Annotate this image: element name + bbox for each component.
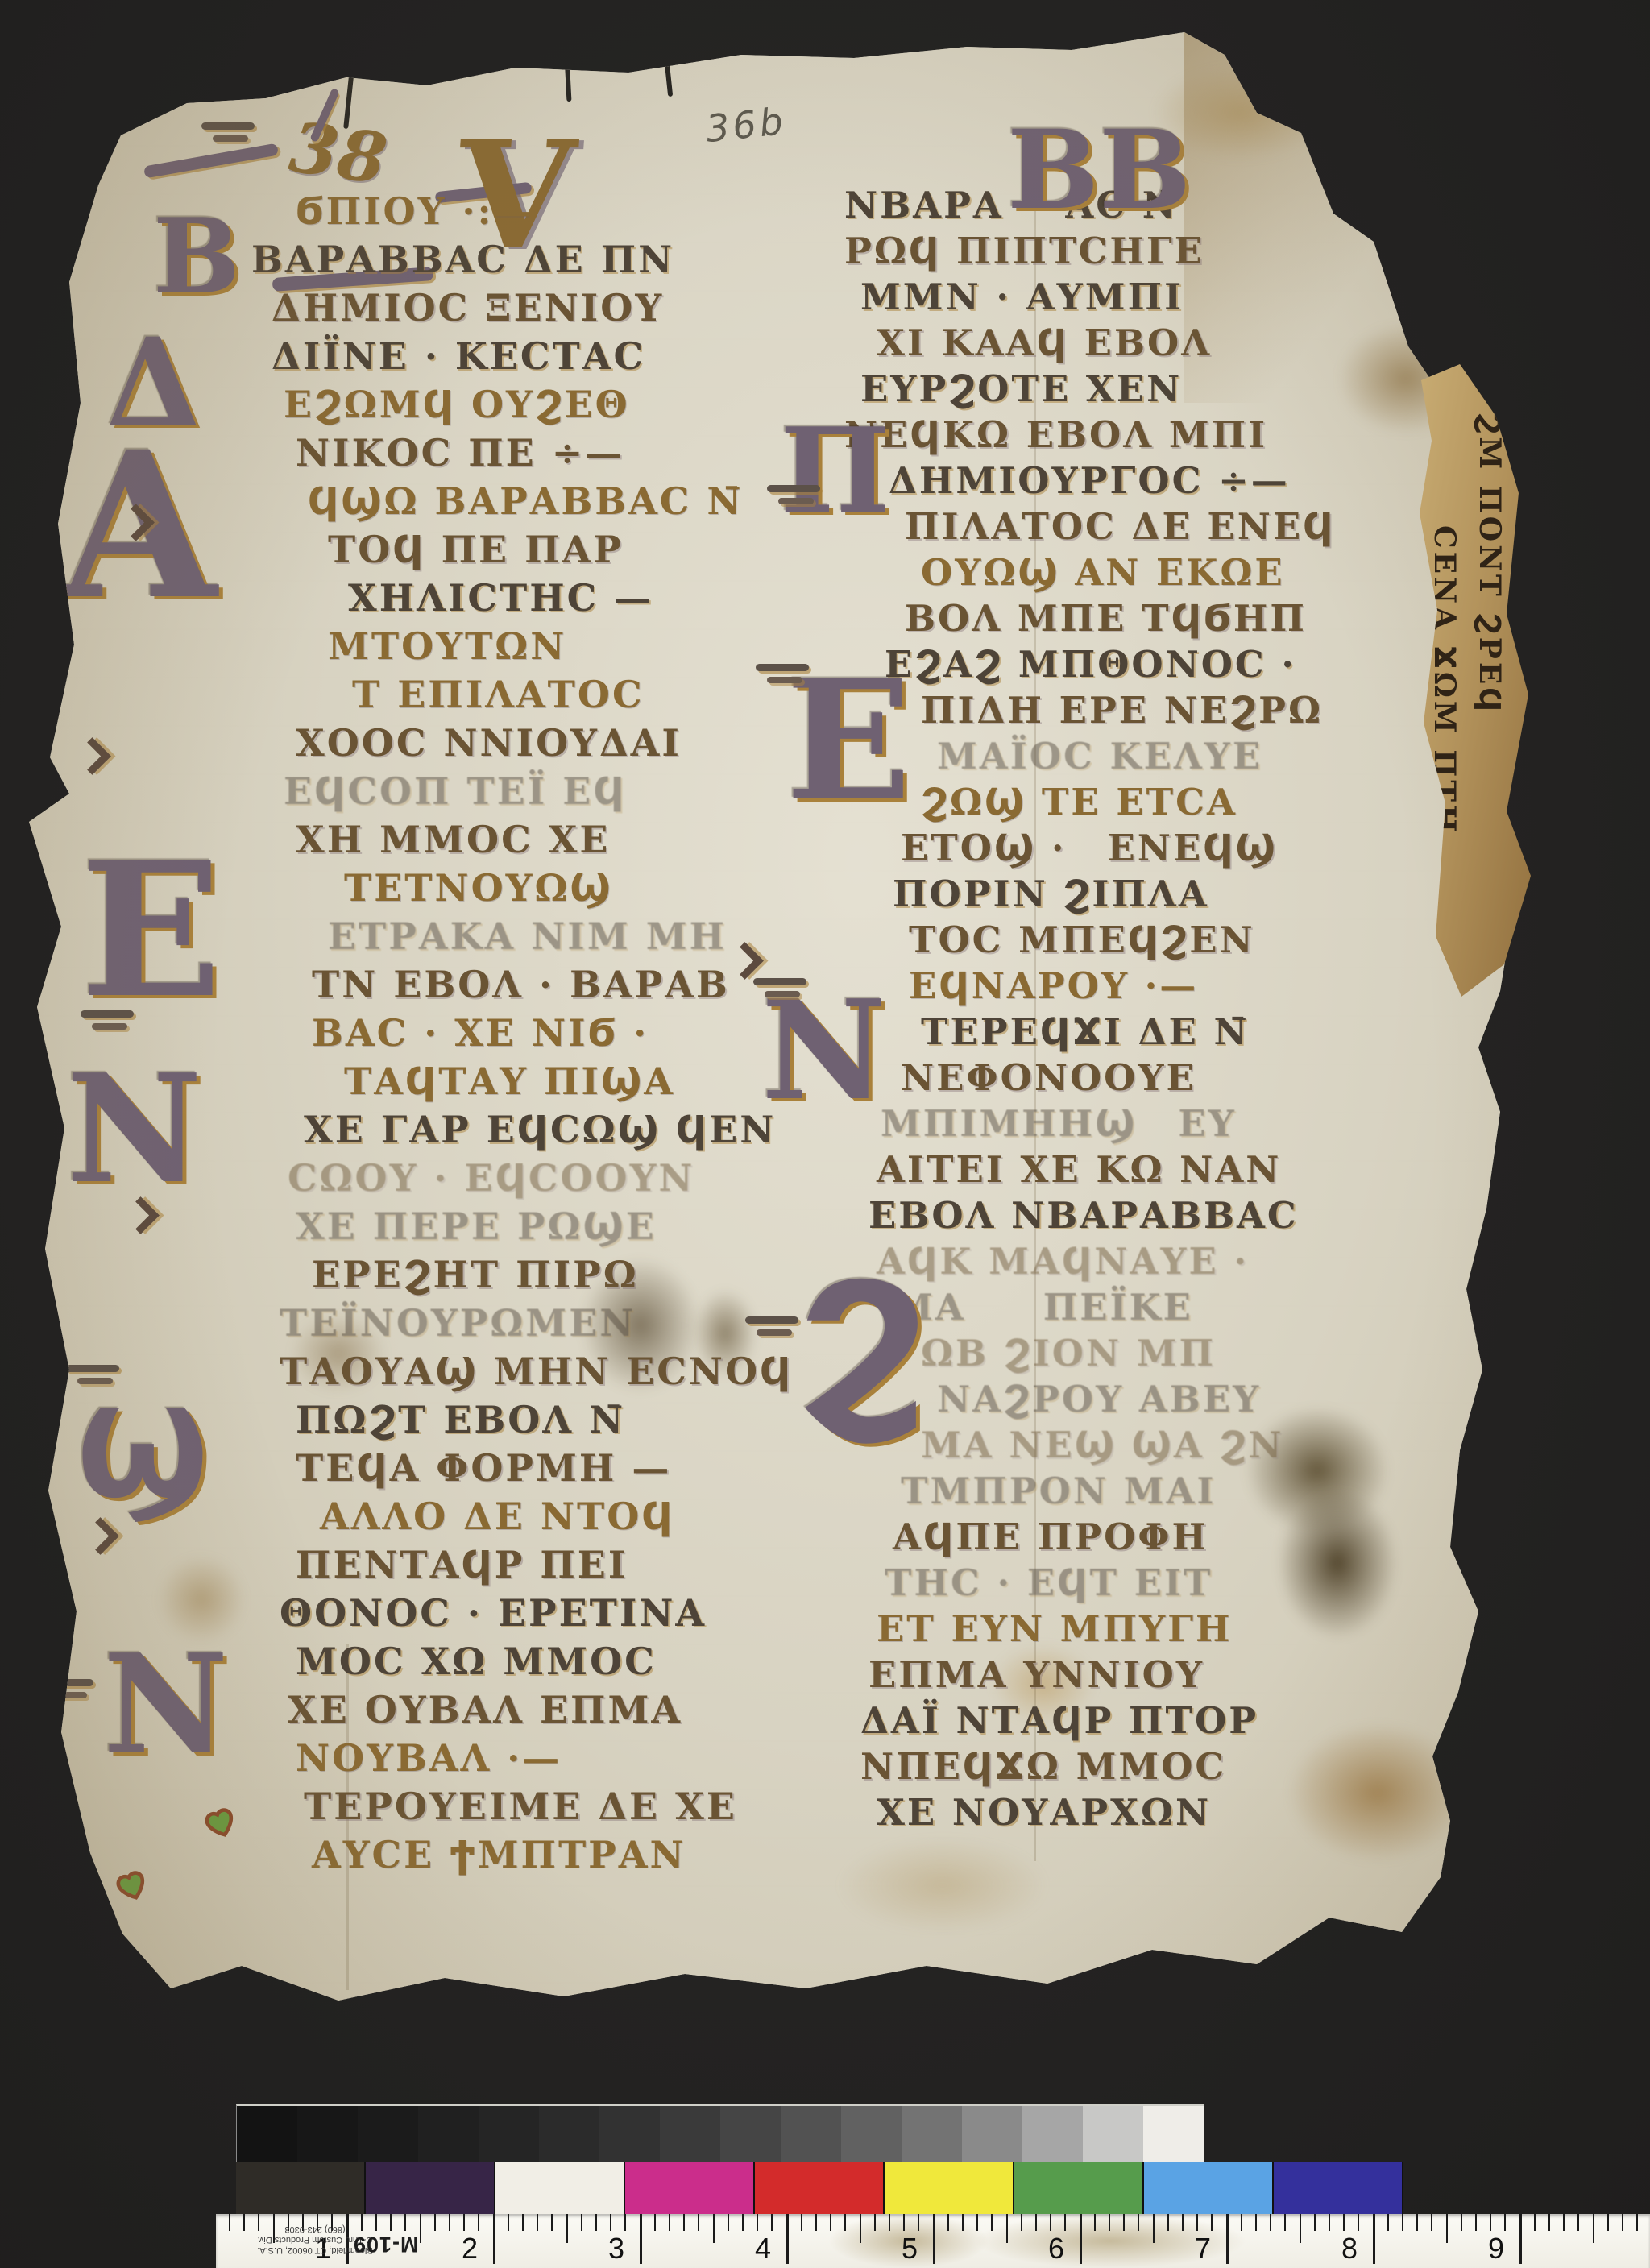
ruler-tick: [478, 2214, 479, 2231]
text-line: ΠΙΛΑΤΟC ΔΕ ΕΝΕϤ: [905, 504, 1376, 549]
text-line: ΧΙ ΚΑΑϤ ΕΒΟΛ: [877, 320, 1376, 366]
ruler-tick: [1284, 2214, 1286, 2231]
text-line: ΧΕ ΝΟΥΑΡΧΩΝ: [877, 1789, 1376, 1835]
text-line: ΝΕϤΚΩ ΕΒΟΛ ΜΠΙ: [844, 412, 1376, 458]
ruler-tick: [1490, 2214, 1491, 2231]
grayscale-step: [1022, 2106, 1083, 2164]
grayscale-step: [660, 2106, 720, 2164]
decorated-initial: Ν: [761, 989, 886, 1113]
ruler-tick: [1196, 2214, 1198, 2231]
text-line: ΟΥΩϢ ΑΝ ΕΚΩΕ: [921, 549, 1376, 595]
grayscale-calibration-bar: [236, 2104, 1204, 2164]
text-line: ΕΥΡϨΟΤΕ ΧΕΝ: [860, 366, 1376, 412]
ruler-tick: [1035, 2214, 1037, 2231]
ruler-tick: [860, 2214, 861, 2243]
text-line: ΒΑΡΑΒΒΑC ΔΕ ΠΝ: [251, 235, 840, 284]
color-patch: [1014, 2162, 1144, 2214]
text-line: ΕϨΑϨ ΜΠΘΟΝΟC ·: [885, 641, 1376, 687]
text-line: ΠΕΝΤΑϤΡ ΠΕΙ: [296, 1540, 840, 1589]
ruler-tick: [801, 2214, 802, 2231]
ruler-tick: [1064, 2214, 1066, 2231]
text-line: ΧΟΟC ΝΝΙΟΥΔΑΙ: [296, 719, 840, 767]
text-line: ΕϤΝΑΡΟΥ ·—: [909, 963, 1376, 1009]
ruler-tick: [1255, 2214, 1257, 2231]
grayscale-step: [539, 2106, 599, 2164]
grayscale-step: [237, 2106, 297, 2164]
decorated-initial: Ε: [81, 848, 222, 1014]
color-patch: [625, 2162, 755, 2214]
text-line: ΕΤΡΑΚΑ ΝΙΜ ΜΗ: [328, 912, 840, 960]
ruler-tick: [1504, 2214, 1506, 2231]
ruler-tick: [1577, 2214, 1579, 2231]
stain: [838, 1837, 1047, 1934]
ruler-tick: [669, 2214, 670, 2231]
text-line: ϨΩϢ ΤΕ ΕΤCΑ: [921, 779, 1376, 825]
ruler-tick: [1080, 2214, 1082, 2264]
ruler-tick: [1548, 2214, 1550, 2231]
chevron-mark: [73, 737, 111, 775]
ruler-tick: [566, 2214, 568, 2243]
text-line: ΜΑ ΝΕϢ ϢΑ ϨΝ: [921, 1422, 1376, 1468]
ruler-cm-number: 6: [1048, 2232, 1064, 2266]
ruler-tick: [1300, 2214, 1301, 2243]
grayscale-step: [297, 2106, 358, 2164]
ruler-tick: [742, 2214, 744, 2231]
text-line: ΤΕΤΝΟΥΩϢ: [344, 864, 840, 912]
text-line: ΕϤCΟΠ ΤΕΪ ΕϤ: [284, 767, 840, 815]
ruler-tick: [903, 2214, 905, 2231]
paragraphus-mark: [753, 976, 811, 999]
text-line: ΧΕ ΠΕΡΕ ΡΩϢΕ: [296, 1202, 840, 1250]
text-line: ΠΙΔΗ ΕΡΕ ΝΕϨΡΩ: [921, 687, 1376, 733]
decorated-initial: Ε: [786, 667, 911, 816]
ruler-cm-number: 8: [1341, 2232, 1358, 2266]
ruler-tick: [874, 2214, 876, 2231]
decorated-initial: ΒΒ: [1007, 121, 1191, 219]
ruler-tick: [713, 2214, 715, 2243]
ruler-model-label: M-109: [353, 2232, 419, 2257]
ruler-tick: [1402, 2214, 1403, 2231]
ruler-tick: [449, 2214, 450, 2231]
ruler-tick: [1021, 2214, 1022, 2231]
text-line: ΤΜΠΡΟΝ ΜΑΙ: [901, 1468, 1376, 1514]
color-patch: [885, 2162, 1014, 2214]
text-line: ΝΙΚΟC ΠΕ ÷—: [296, 429, 840, 477]
color-patch: [366, 2162, 495, 2214]
decorated-initial: Ϩ: [798, 1269, 925, 1425]
ruler-tick: [654, 2214, 656, 2231]
text-line: ΝΑϨΡΟΥ ΑΒΕΥ: [937, 1376, 1376, 1422]
text-line: ΑΥCΕ ϮΜΠΤΡΑΝ: [312, 1831, 840, 1879]
ruler-tick: [786, 2214, 789, 2264]
color-patch: [495, 2162, 625, 2214]
ruler-tick: [1358, 2214, 1359, 2231]
text-line: ΤΟϤ ΠΕ ΠΑΡ: [328, 525, 840, 574]
text-line: ΝΕΦΟΝΟΟΥΕ: [901, 1055, 1376, 1101]
ruler-tick: [1050, 2214, 1051, 2231]
text-line: ΜΑ ΠΕΪΚΕ: [893, 1284, 1376, 1330]
paragraphus-mark: [767, 483, 825, 506]
ruler-tick: [991, 2214, 993, 2231]
ruler-tick: [1226, 2214, 1229, 2264]
paragraphus-mark: [745, 1315, 803, 1337]
ruler-tick: [1329, 2214, 1330, 2231]
edge-crack: [663, 47, 673, 97]
color-calibration-bar: [236, 2162, 1403, 2214]
text-line: ϤϢΩ ΒΑΡΑΒΒΑC Ν̄: [308, 477, 840, 525]
parchment-page: 38 36b V ϬΠΙΟΥ ·:—ΒΑΡΑΒΒΑC ΔΕ ΠΝΔΗΜΙΟC Ξ…: [0, 0, 1650, 2268]
color-patch: [236, 2162, 366, 2214]
grayscale-step: [720, 2106, 781, 2164]
text-column-right: ΝΒΑΡΑ ΑC Ν̄ΡΩϤ ΠΙΠΤCΗΓΕΜΜΝ · ΑΥΜΠΙΧΙ ΚΑΑ…: [844, 182, 1376, 1835]
text-line: ΑϤΚ ΜΑϤΝΑΥΕ ·: [877, 1238, 1376, 1284]
text-line: ΤΕΡΟΥΕΙΜΕ ΔΕ ΧΕ: [304, 1782, 840, 1831]
decorated-initial: Π: [780, 419, 890, 525]
text-line: ΑΛΛΟ ΔΕ ΝΤΟϤ: [320, 1492, 840, 1540]
grayscale-step: [418, 2106, 479, 2164]
ruler-tick: [1431, 2214, 1432, 2231]
ruler-tick: [595, 2214, 597, 2231]
decorated-initial: Ν: [103, 1644, 228, 1767]
text-line: ΔΙΪΝΕ · ΚΕCΤΑC: [272, 332, 840, 380]
grayscale-step: [962, 2106, 1022, 2164]
text-line: ΕΠΜΑ ΥΝΝΙΟΥ: [869, 1652, 1376, 1698]
color-patch: [755, 2162, 885, 2214]
text-line: ΕΤΟϢ · ΕΝΕϤϢ: [901, 825, 1376, 871]
text-line: ΕΒΟΛ ΝΒΑΡΑΒΒΑC: [869, 1192, 1376, 1238]
text-line: ΑΙΤΕΙ ΧΕ ΚΩ ΝΑΝ: [877, 1146, 1376, 1192]
ruler-tick: [522, 2214, 524, 2231]
ruler-tick: [404, 2214, 406, 2231]
text-line: ϬΠΙΟΥ ·:—: [296, 187, 840, 235]
ruler-tick: [1006, 2214, 1008, 2243]
edge-crack: [565, 56, 572, 102]
quire-flourish-bar: [143, 143, 279, 179]
ruler-tick: [493, 2214, 495, 2264]
decorated-initial: Β: [153, 211, 240, 304]
text-line: ΝΠΕϤϪΩ ΜΜΟC: [860, 1743, 1376, 1789]
ruler-tick: [1094, 2214, 1096, 2231]
ruler-tick: [1167, 2214, 1169, 2231]
ruler-tick: [420, 2214, 421, 2243]
ruler-tick: [640, 2214, 642, 2264]
ruler-tick: [508, 2214, 509, 2231]
text-line: ΜΟC ΧΩ ΜΜΟC: [296, 1637, 840, 1685]
ruler-tick: [757, 2214, 758, 2231]
text-line: CΩΟΥ · ΕϤCΟΟΥΝ: [288, 1154, 840, 1202]
text-line: ΜΠΙΜΗΗϢ ΕΥ: [881, 1101, 1376, 1146]
text-line: ΧΕ ΟΥΒΑΛ ΕΠΜΑ: [288, 1685, 840, 1734]
ruler-tick: [844, 2214, 846, 2231]
ruler-tick: [1387, 2214, 1389, 2231]
ruler-tick: [933, 2214, 935, 2264]
ruler-tick: [1416, 2214, 1418, 2231]
ruler-tick: [1636, 2214, 1638, 2231]
ruler-tick: [1607, 2214, 1609, 2231]
grayscale-step: [599, 2106, 660, 2164]
ruler-tick: [1446, 2214, 1448, 2243]
text-line: ΤΕϤΑ ΦΟΡΜΗ —: [296, 1444, 840, 1492]
ruler-tick: [918, 2214, 919, 2231]
ruler-cm-number: 9: [1488, 2232, 1504, 2266]
text-line: ΕΡΕϨΗΤ ΠΙΡΩ: [312, 1250, 840, 1299]
ruler-tick: [551, 2214, 553, 2231]
ruler-tick: [1373, 2214, 1375, 2264]
grayscale-step: [479, 2106, 539, 2164]
ruler-tick: [1519, 2214, 1522, 2264]
text-line: ΧΗΛΙCΤΗC —: [348, 574, 840, 622]
ruler-tick: [962, 2214, 964, 2231]
text-line: ΤΟC ΜΠΕϤϨΕΝ: [909, 917, 1376, 963]
ruler-tick: [624, 2214, 626, 2231]
ruler-tick: [537, 2214, 538, 2231]
grayscale-step: [1083, 2106, 1143, 2164]
ruler-tick: [947, 2214, 949, 2231]
ruler-tick: [1593, 2214, 1594, 2243]
decorated-initial: Ϣ: [77, 1400, 209, 1509]
ruler-tick: [728, 2214, 729, 2231]
text-line: ΩΒ ϨΙΟΝ ΜΠ: [921, 1330, 1376, 1376]
grayscale-step: [902, 2106, 962, 2164]
color-patch: [1274, 2162, 1403, 2214]
ruler: 123456789: [216, 2214, 1650, 2268]
grayscale-step: [1143, 2106, 1204, 2164]
grayscale-step: [841, 2106, 902, 2164]
ruler-tick: [610, 2214, 611, 2231]
text-line: ΤΑΟΥΑϢ ΜΗΝ ΕCΝΟϤ: [280, 1347, 840, 1395]
ruler-tick: [698, 2214, 699, 2231]
ruler-tick: [1563, 2214, 1565, 2231]
text-line: ΒΟΛ ΜΠΕ ΤϤϬΗΠ: [905, 595, 1376, 641]
ruler-tick: [1153, 2214, 1155, 2243]
ruler-tick: [229, 2214, 230, 2231]
text-line: ΧΕ ΓΑΡ ΕϤCΩϢ ϤΕΝ: [304, 1105, 840, 1154]
ruler-tick: [683, 2214, 685, 2231]
ruler-tick: [976, 2214, 978, 2231]
text-line: ΘΟΝΟC · ΕΡΕΤΙΝΑ: [280, 1589, 840, 1637]
paragraphus-mark: [66, 1363, 124, 1386]
ruler-tick: [1123, 2214, 1125, 2231]
text-line: ΕϨΩΜϤ ΟΥϨΕΘ: [284, 380, 840, 429]
text-line: ΜΑΪΟC ΚΕΛΥΕ: [937, 733, 1376, 779]
ruler-tick: [1343, 2214, 1345, 2231]
text-line: ΧΗ ΜΜΟC ΧΕ: [296, 815, 840, 864]
text-line: ΜΜΝ · ΑΥΜΠΙ: [860, 274, 1376, 320]
ruler-tick: [463, 2214, 465, 2231]
text-line: ΔΑΪ ΝΤΑϤΡ ΠΤΟΡ: [860, 1698, 1376, 1743]
leaf-mark: [201, 1803, 238, 1840]
ruler-cm-number: 5: [902, 2232, 918, 2266]
ruler-tick: [1622, 2214, 1623, 2231]
text-line: ΔΗΜΙΟC ΞΕΝΙΟΥ: [272, 284, 840, 332]
paragraphus-mark: [756, 662, 814, 685]
text-line: ΒΑC · ΧΕ ΝΙϬ ·: [312, 1009, 840, 1057]
ruler-cm-number: 3: [608, 2232, 624, 2266]
text-line: ΡΩϤ ΠΙΠΤCΗΓΕ: [844, 228, 1376, 274]
text-line: ΠΟΡΙΝ ϨΙΠΛΑ: [893, 871, 1376, 917]
ruler-cm-number: 2: [462, 2232, 478, 2266]
ruler-tick: [1182, 2214, 1184, 2231]
paragraphus-mark: [201, 121, 259, 143]
ruler-tick: [1138, 2214, 1139, 2231]
text-line: ΔΗΜΙΟΥΡΓΟC ÷—: [889, 458, 1376, 504]
text-column-left: ϬΠΙΟΥ ·:—ΒΑΡΑΒΒΑC ΔΕ ΠΝΔΗΜΙΟC ΞΕΝΙΟΥΔΙΪΝ…: [251, 187, 840, 1879]
ruler-tick: [1475, 2214, 1477, 2231]
ruler-tick: [1241, 2214, 1242, 2231]
grayscale-step: [781, 2106, 841, 2164]
ruler-tick: [771, 2214, 773, 2231]
strip-text-line: ϨΜ ΠΟΝΤ ϨΡΕϤ: [1473, 413, 1507, 715]
text-line: ΤΗC · ΕϤΤ ΕΙΤ: [885, 1560, 1376, 1606]
text-line: ΤΕΡΕϤϪΙ ΔΕ Ν̄: [921, 1009, 1376, 1055]
leaf-mark: [113, 1866, 150, 1903]
text-line: ΝΟΥΒΑΛ ·—: [296, 1734, 840, 1782]
ruler-tick: [1109, 2214, 1110, 2231]
color-patch: [1144, 2162, 1274, 2214]
ruler-tick: [1534, 2214, 1536, 2231]
text-line: ΠΩϨΤ ΕΒΟΛ Ν̄: [296, 1395, 840, 1444]
photo-backdrop: 38 36b V ϬΠΙΟΥ ·:—ΒΑΡΑΒΒΑC ΔΕ ΠΝΔΗΜΙΟC Ξ…: [0, 0, 1650, 2268]
ruler-cm-number: 4: [755, 2232, 771, 2266]
ruler-tick: [1314, 2214, 1316, 2231]
text-line: ΕΤ ΕΥΝ ΜΠΥΓΗ: [877, 1606, 1376, 1652]
folio-pencil-note: 36b: [703, 99, 788, 151]
ruler-tick: [1461, 2214, 1462, 2231]
paragraphus-mark: [81, 1009, 139, 1031]
ruler-tick: [1270, 2214, 1271, 2231]
ruler-tick: [815, 2214, 817, 2231]
ruler-cm-number: 7: [1195, 2232, 1211, 2266]
text-line: ΑϤΠΕ ΠΡΟΦΗ: [893, 1514, 1376, 1560]
grayscale-step: [358, 2106, 418, 2164]
decorated-initial: Ν: [66, 1062, 202, 1196]
ruler-tick: [434, 2214, 436, 2231]
ruler-tick: [1211, 2214, 1213, 2231]
ruler-tick: [889, 2214, 890, 2231]
ruler-tick: [830, 2214, 831, 2231]
paragraphus-mark: [40, 1677, 98, 1700]
ruler-tick: [581, 2214, 582, 2231]
